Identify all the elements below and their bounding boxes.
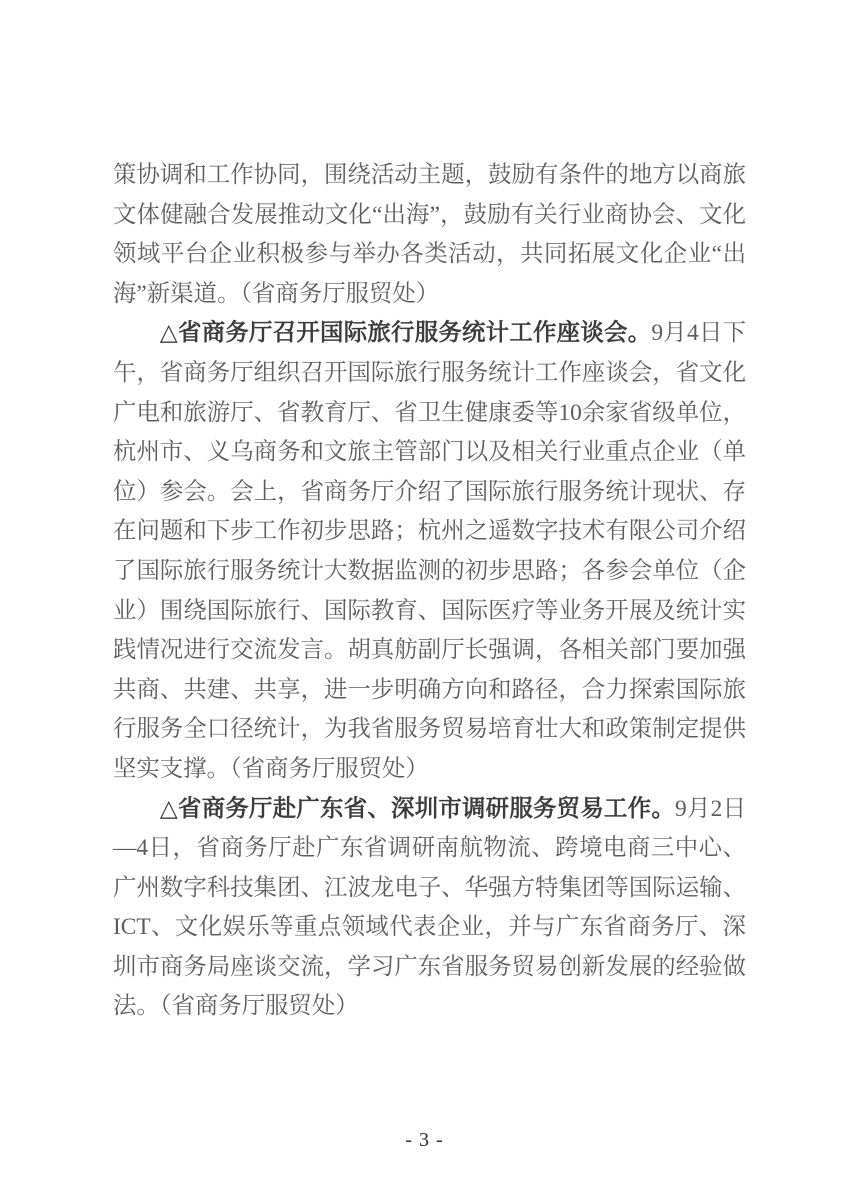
paragraph-text: 9月4日下午，省商务厅组织召开国际旅行服务统计工作座谈会，省文化广电和旅游厅、省… — [113, 320, 746, 782]
paragraph-text: 策协调和工作协同，围绕活动主题，鼓励有条件的地方以商旅文体健融合发展推动文化“出… — [113, 162, 746, 307]
document-body: 策协调和工作协同，围绕活动主题，鼓励有条件的地方以商旅文体健融合发展推动文化“出… — [113, 156, 746, 1027]
paragraph-text: 9月2日—4日，省商务厅赴广东省调研南航物流、跨境电商三中心、广州数字科技集团、… — [113, 796, 746, 1020]
paragraph-item-statistics-symposium: △省商务厅召开国际旅行服务统计工作座谈会。9月4日下午，省商务厅组织召开国际旅行… — [113, 314, 746, 789]
paragraph-continuation: 策协调和工作协同，围绕活动主题，鼓励有条件的地方以商旅文体健融合发展推动文化“出… — [113, 156, 746, 314]
document-page: 策协调和工作协同，围绕活动主题，鼓励有条件的地方以商旅文体健融合发展推动文化“出… — [0, 0, 849, 1200]
paragraph-heading: △省商务厅赴广东省、深圳市调研服务贸易工作。 — [160, 796, 675, 822]
page-number: - 3 - — [0, 1127, 849, 1153]
paragraph-heading: △省商务厅召开国际旅行服务统计工作座谈会。 — [160, 320, 652, 346]
paragraph-item-guangdong-research: △省商务厅赴广东省、深圳市调研服务贸易工作。9月2日—4日，省商务厅赴广东省调研… — [113, 790, 746, 1028]
